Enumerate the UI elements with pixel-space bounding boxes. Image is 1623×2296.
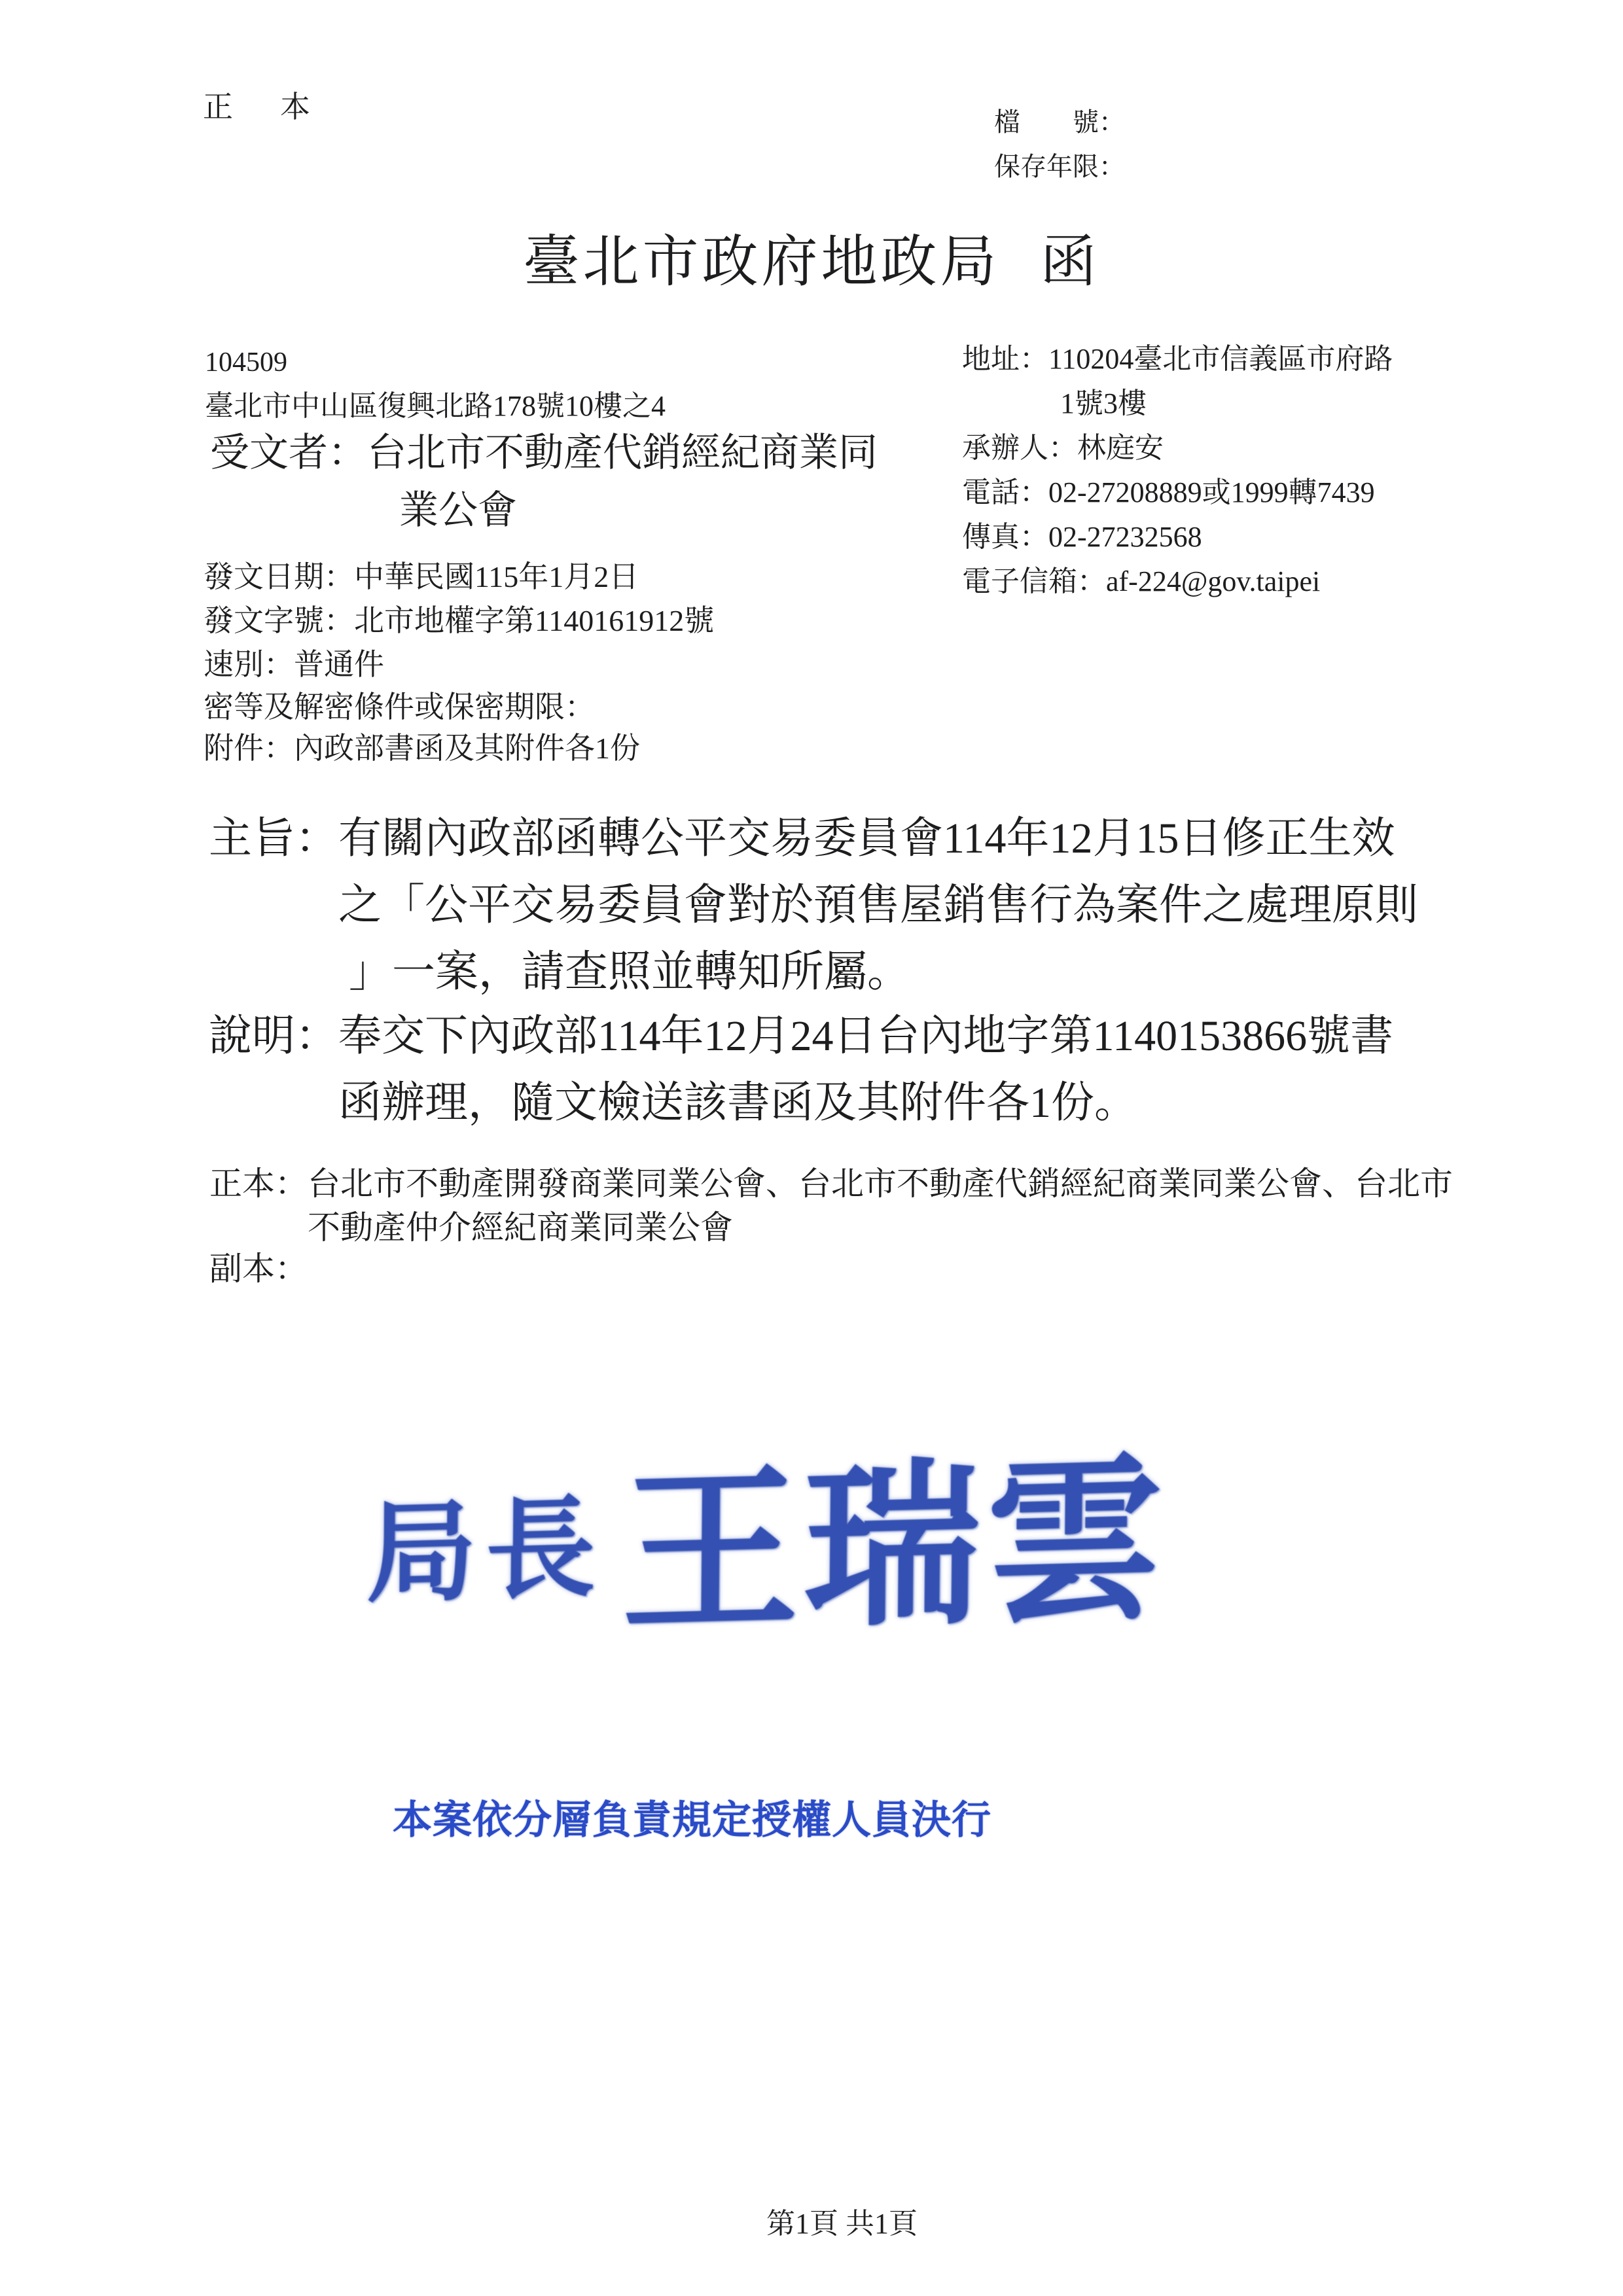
agency-email-line: 電子信箱：af-224@gov.taipei: [962, 565, 1320, 599]
recipient-zip-code: 104509: [205, 347, 287, 378]
subject-line-3: 」一案，請查照並轉知所屬。: [349, 947, 910, 997]
delegation-authorization-stamp: 本案依分層負責規定授權人員決行: [393, 1798, 991, 1843]
recipient-line-2: 業公會: [399, 488, 517, 533]
agency-address-line-1: 地址：110204臺北市信義區市府路: [962, 343, 1393, 376]
document-title: 臺北市政府地政局 函: [0, 216, 1623, 297]
original-copy-line-1: 正本：台北市不動產開發商業同業公會、台北市不動產代銷經紀商業同業公會、台北市: [209, 1165, 1453, 1203]
carbon-copy-label: 副本：: [209, 1250, 308, 1288]
doc-number-line: 發文字號：北市地權字第1140161912號: [204, 604, 714, 639]
security-classification-line: 密等及解密條件或保密期限：: [204, 690, 595, 725]
original-copy-line-2: 不動產仲介經紀商業同業公會: [308, 1209, 733, 1247]
doc-type-label: 函: [1041, 216, 1100, 297]
explanation-line-2: 函辦理，隨文檢送該書函及其附件各1份。: [338, 1078, 1137, 1128]
agency-fax-line: 傳真：02-27232568: [962, 521, 1202, 554]
issue-date-line: 發文日期：中華民國115年1月2日: [204, 560, 639, 595]
file-number-label: 檔 號：: [994, 107, 1125, 137]
signature-name: 王瑞雲: [620, 1396, 1168, 1667]
subject-line-1: 主旨：有關內政部函轉公平交易委員會114年12月15日修正生效: [209, 814, 1395, 864]
agency-name: 臺北市政府地政局: [524, 216, 1000, 297]
agency-officer-line: 承辦人：林庭安: [962, 432, 1164, 465]
agency-phone-line: 電話：02-27208889或1999轉7439: [962, 476, 1375, 510]
explanation-line-1: 說明：奉交下內政部114年12月24日台內地字第1140153866號書: [209, 1012, 1393, 1061]
director-signature-stamp: 局長 王瑞雲: [366, 1396, 1169, 1673]
signature-title: 局長: [366, 1460, 605, 1624]
page-footer: 第1頁 共1頁: [766, 2208, 918, 2241]
retention-period-label: 保存年限：: [994, 152, 1125, 182]
agency-address-line-2: 1號3樓: [1060, 387, 1147, 421]
document-page: 正本 檔 號： 保存年限： 臺北市政府地政局 函 104509 臺北市中山區復興…: [0, 0, 1623, 2296]
attachment-line: 附件：內政部書函及其附件各1份: [204, 732, 640, 766]
priority-line: 速別：普通件: [204, 648, 384, 682]
copy-type-label: 正本: [203, 90, 357, 125]
subject-line-2: 之「公平交易委員會對於預售屋銷售行為案件之處理原則: [338, 881, 1418, 930]
recipient-line-1: 受文者：台北市不動產代銷經紀商業同: [210, 431, 878, 476]
recipient-address: 臺北市中山區復興北路178號10樓之4: [205, 390, 666, 423]
